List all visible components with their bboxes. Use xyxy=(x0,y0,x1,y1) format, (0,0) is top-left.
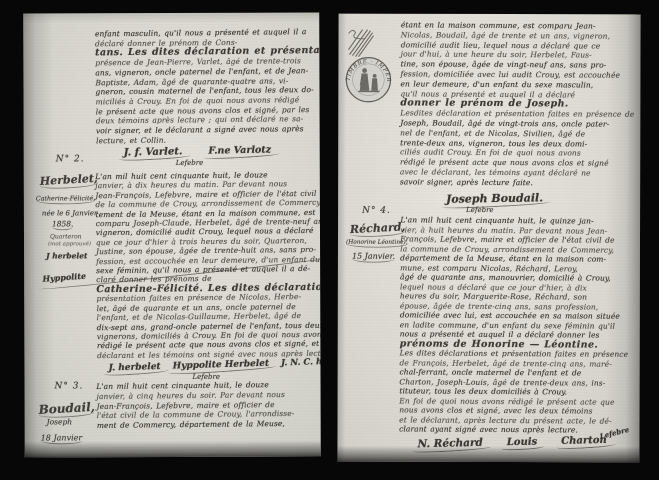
signature-lefebre-3: Lefebre xyxy=(466,206,494,214)
handwriting-line: avec le déclarant, les témoins ayant déc… xyxy=(400,167,634,178)
handwriting-line: mune, est comparu Nicolas, Réchard, Lero… xyxy=(400,263,629,274)
handwriting-line: de François, Herbelet, âgé de trente-cin… xyxy=(400,358,629,369)
record1-signatures: J. f. Varlet. F.ne Varlotz xyxy=(124,144,272,158)
record3-signatures: Joseph Boudail. xyxy=(446,191,543,205)
margin-given-joseph: Joseph xyxy=(47,417,72,426)
margin-given-names: Catherine-Félicité, xyxy=(36,195,95,204)
margin-correction-approval: (mot approuvé) xyxy=(48,241,91,247)
handwriting-line: en ladite commune, d'un enfant du sexe f… xyxy=(400,320,629,331)
record3-text: L'an mil huit cent cinquante huit, le do… xyxy=(96,380,294,431)
signature-hyppolite-herbelet: Hyppolite Herbelet xyxy=(173,359,270,372)
record2-margin: N° 2. Herbelet, Catherine-Félicité, née … xyxy=(23,12,319,23)
margin-signature-herbelet: J herbelet xyxy=(46,251,87,260)
margin-given-honorine: (Honorine Léontine), xyxy=(346,240,408,248)
right-page-scan: TIMBRE · IMPÉRIAL étant en la maison com… xyxy=(337,14,640,463)
record-number-2: N° 2. xyxy=(56,154,85,164)
record1-continuation-text: enfant masculin, qu'il nous a présenté e… xyxy=(95,26,321,146)
handwriting-line: lecture, et Collin. xyxy=(96,133,321,146)
margin-surname-rechard: Réchard, xyxy=(350,220,406,238)
handwriting-line: fession, domiciliée avec lui audit Crouy… xyxy=(401,69,635,80)
record4-signatures: N. Réchard Louis Charton xyxy=(417,434,607,450)
signature-j-herbelet: J. herbelet xyxy=(108,362,160,374)
timbre-imperial-stamp: TIMBRE · IMPÉRIAL xyxy=(344,56,392,104)
margin-date-15-janvier: 15 Janvier. xyxy=(352,252,395,263)
signature-lefebre-1: Lefebre xyxy=(176,159,204,167)
signature-varlet: J. f. Varlet. xyxy=(124,146,183,158)
margin-surname-boudail: Boudail, xyxy=(38,400,95,419)
handwriting-line: jour d'hui, à une heure du soir, Herbele… xyxy=(401,50,635,61)
record-number-4: N° 4. xyxy=(362,206,391,216)
margin-birth-year: 1858. xyxy=(52,219,74,230)
handwriting-line: l'état civil de la commune de Crouy, l'a… xyxy=(97,409,295,421)
record-number-3: N° 3. xyxy=(55,381,84,391)
handwriting-line: savoir signer, après lecture faite. xyxy=(400,177,634,188)
handwriting-line: ment de Commercy, département de la Meus… xyxy=(97,419,295,431)
record3-continuation-text: étant en la maison commune, est comparu … xyxy=(400,20,635,188)
margin-surname-herbelet: Herbelet, xyxy=(39,172,98,190)
handwriting-line: Charton, Joseph-Louis, âgé de trente-deu… xyxy=(399,377,628,388)
pen-flourish xyxy=(346,26,374,58)
signature-joseph-boudail: Joseph Boudail. xyxy=(446,191,543,205)
handwriting-line: Lesdites déclaration et présentation fai… xyxy=(400,109,634,120)
handwriting-line: la commune de Crouy, arrondissement de C… xyxy=(400,244,629,255)
record4-text: L'an mil huit cent cinquante huit, le qu… xyxy=(399,215,629,435)
margin-date-18-janvier: 18 Janvier xyxy=(41,433,83,444)
margin-correction-note: Quarteron xyxy=(50,233,82,240)
record4-margin: N° 4. Réchard, (Honorine Léontine), 15 J… xyxy=(339,14,641,15)
left-page-scan: enfant masculin, qu'il nous a présenté e… xyxy=(23,12,321,457)
handwriting-line: et le déclarant, après lecture du présen… xyxy=(399,415,628,426)
signature-n-rechard: N. Réchard xyxy=(417,437,483,451)
handwriting-line: épouse, âgée de trente-cinq ans, sans pr… xyxy=(400,301,629,312)
record2-text: L'an mil huit cent cinquante huit, le do… xyxy=(95,169,321,360)
handwriting-line: nel de l'enfant, et de Nicolas, Sivilien… xyxy=(400,128,634,139)
signature-varlotz: F.ne Varlotz xyxy=(208,144,271,156)
signature-jnc-herbelet: J. N. C. herbelet xyxy=(281,356,321,368)
civil-register-scan: enfant masculin, qu'il nous a présenté e… xyxy=(0,0,659,480)
margin-birth-date: née le 6 Janvier xyxy=(42,209,98,217)
signature-louis: Louis xyxy=(507,436,538,448)
handwriting-line: qu'il nous a présenté et auquel il a déc… xyxy=(400,89,634,100)
